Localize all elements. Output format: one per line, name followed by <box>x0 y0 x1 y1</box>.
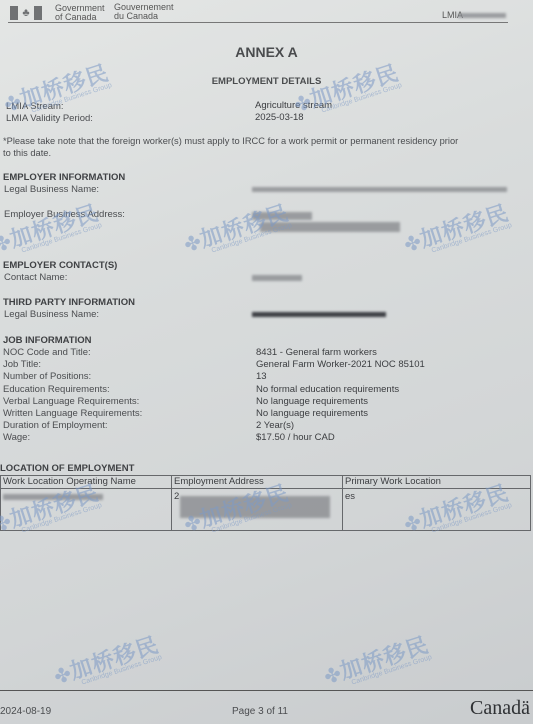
employer-legal-name-label: Legal Business Name: <box>4 184 99 196</box>
job-row-label: Education Requirements: <box>3 384 110 396</box>
lmia-stream-value: Agriculture stream <box>255 100 332 112</box>
lmia-note-line2: to this date. <box>3 147 51 159</box>
job-row-value: General Farm Worker-2021 NOC 85101 <box>256 359 425 371</box>
job-row-label: Written Language Requirements: <box>3 408 142 420</box>
redacted-employment-address <box>180 496 330 518</box>
third-party-heading: THIRD PARTY INFORMATION <box>3 297 135 308</box>
redacted-employer-name <box>252 187 507 192</box>
redacted-lmia-number <box>458 13 506 18</box>
job-row-value: $17.50 / hour CAD <box>256 432 335 444</box>
footer-rule <box>0 690 533 691</box>
redacted-employer-address <box>252 212 312 220</box>
footer-page-number: Page 3 of 11 <box>232 706 288 718</box>
job-row-label: Number of Positions: <box>3 371 91 383</box>
maple-leaf-icon: ✤ <box>0 231 14 257</box>
job-row-label: Job Title: <box>3 359 41 371</box>
job-heading: JOB INFORMATION <box>3 335 92 346</box>
watermark: ✤加桥移民Canbridge Business Group <box>319 628 433 694</box>
maple-leaf-icon: ✤ <box>402 231 425 257</box>
job-row-label: Wage: <box>3 432 30 444</box>
employer-address-label: Employer Business Address: <box>4 209 125 221</box>
redacted-third-party-name <box>252 312 386 317</box>
job-row-label: Verbal Language Requirements: <box>3 396 139 408</box>
canada-wordmark: Canadä <box>470 697 530 720</box>
col-work-location: Work Location Operating Name <box>1 476 172 489</box>
job-row-label: NOC Code and Title: <box>3 347 91 359</box>
gov-name-fr: Gouvernement du Canada <box>114 3 174 21</box>
lmia-validity-label: LMIA Validity Period: <box>6 113 93 125</box>
job-row-value: 2 Year(s) <box>256 420 294 432</box>
cell-employment-address: 2 <box>172 489 343 531</box>
redacted-operating-name <box>3 494 103 500</box>
redacted-contact-name <box>252 275 302 281</box>
job-row-value: No language requirements <box>256 408 368 420</box>
canada-flag-icon: ♣ <box>10 6 42 20</box>
contact-name-label: Contact Name: <box>4 272 67 284</box>
lmia-note-line1: *Please take note that the foreign worke… <box>3 135 458 147</box>
col-employment-address: Employment Address <box>172 476 343 489</box>
watermark: ✤加桥移民Canbridge Business Group <box>49 628 163 694</box>
maple-leaf-icon: ✤ <box>322 663 345 689</box>
header-rule <box>8 22 508 23</box>
col-primary-work-location: Primary Work Location <box>343 476 531 489</box>
footer-date: 2024-08-19 <box>0 706 51 718</box>
location-heading: LOCATION OF EMPLOYMENT <box>0 463 134 474</box>
job-row-value: 8431 - General farm workers <box>256 347 377 359</box>
watermark: ✤加桥移民Canbridge Business Group <box>399 196 513 262</box>
page-subtitle: EMPLOYMENT DETAILS <box>0 76 533 87</box>
cell-primary-work-location: es <box>343 489 531 531</box>
third-party-legal-name-label: Legal Business Name: <box>4 309 99 321</box>
lmia-validity-value: 2025-03-18 <box>255 112 304 124</box>
contact-heading: EMPLOYER CONTACT(S) <box>3 260 117 271</box>
job-row-value: No formal education requirements <box>256 384 399 396</box>
job-row-value: 13 <box>256 371 267 383</box>
job-row-value: No language requirements <box>256 396 368 408</box>
location-table: Work Location Operating Name Employment … <box>0 475 531 531</box>
employer-heading: EMPLOYER INFORMATION <box>3 172 125 183</box>
lmia-stream-label: LMIA Stream: <box>6 101 64 113</box>
table-row: 2 es <box>1 489 531 531</box>
page-title: ANNEX A <box>0 44 533 60</box>
maple-leaf-icon: ✤ <box>182 231 205 257</box>
gov-name-en: Government of Canada <box>55 4 105 22</box>
cell-work-location <box>1 489 172 531</box>
job-row-label: Duration of Employment: <box>3 420 108 432</box>
maple-leaf-icon: ✤ <box>52 663 75 689</box>
redacted-employer-address-line2 <box>260 222 400 232</box>
watermark: ✤加桥移民Canbridge Business Group <box>0 196 103 262</box>
